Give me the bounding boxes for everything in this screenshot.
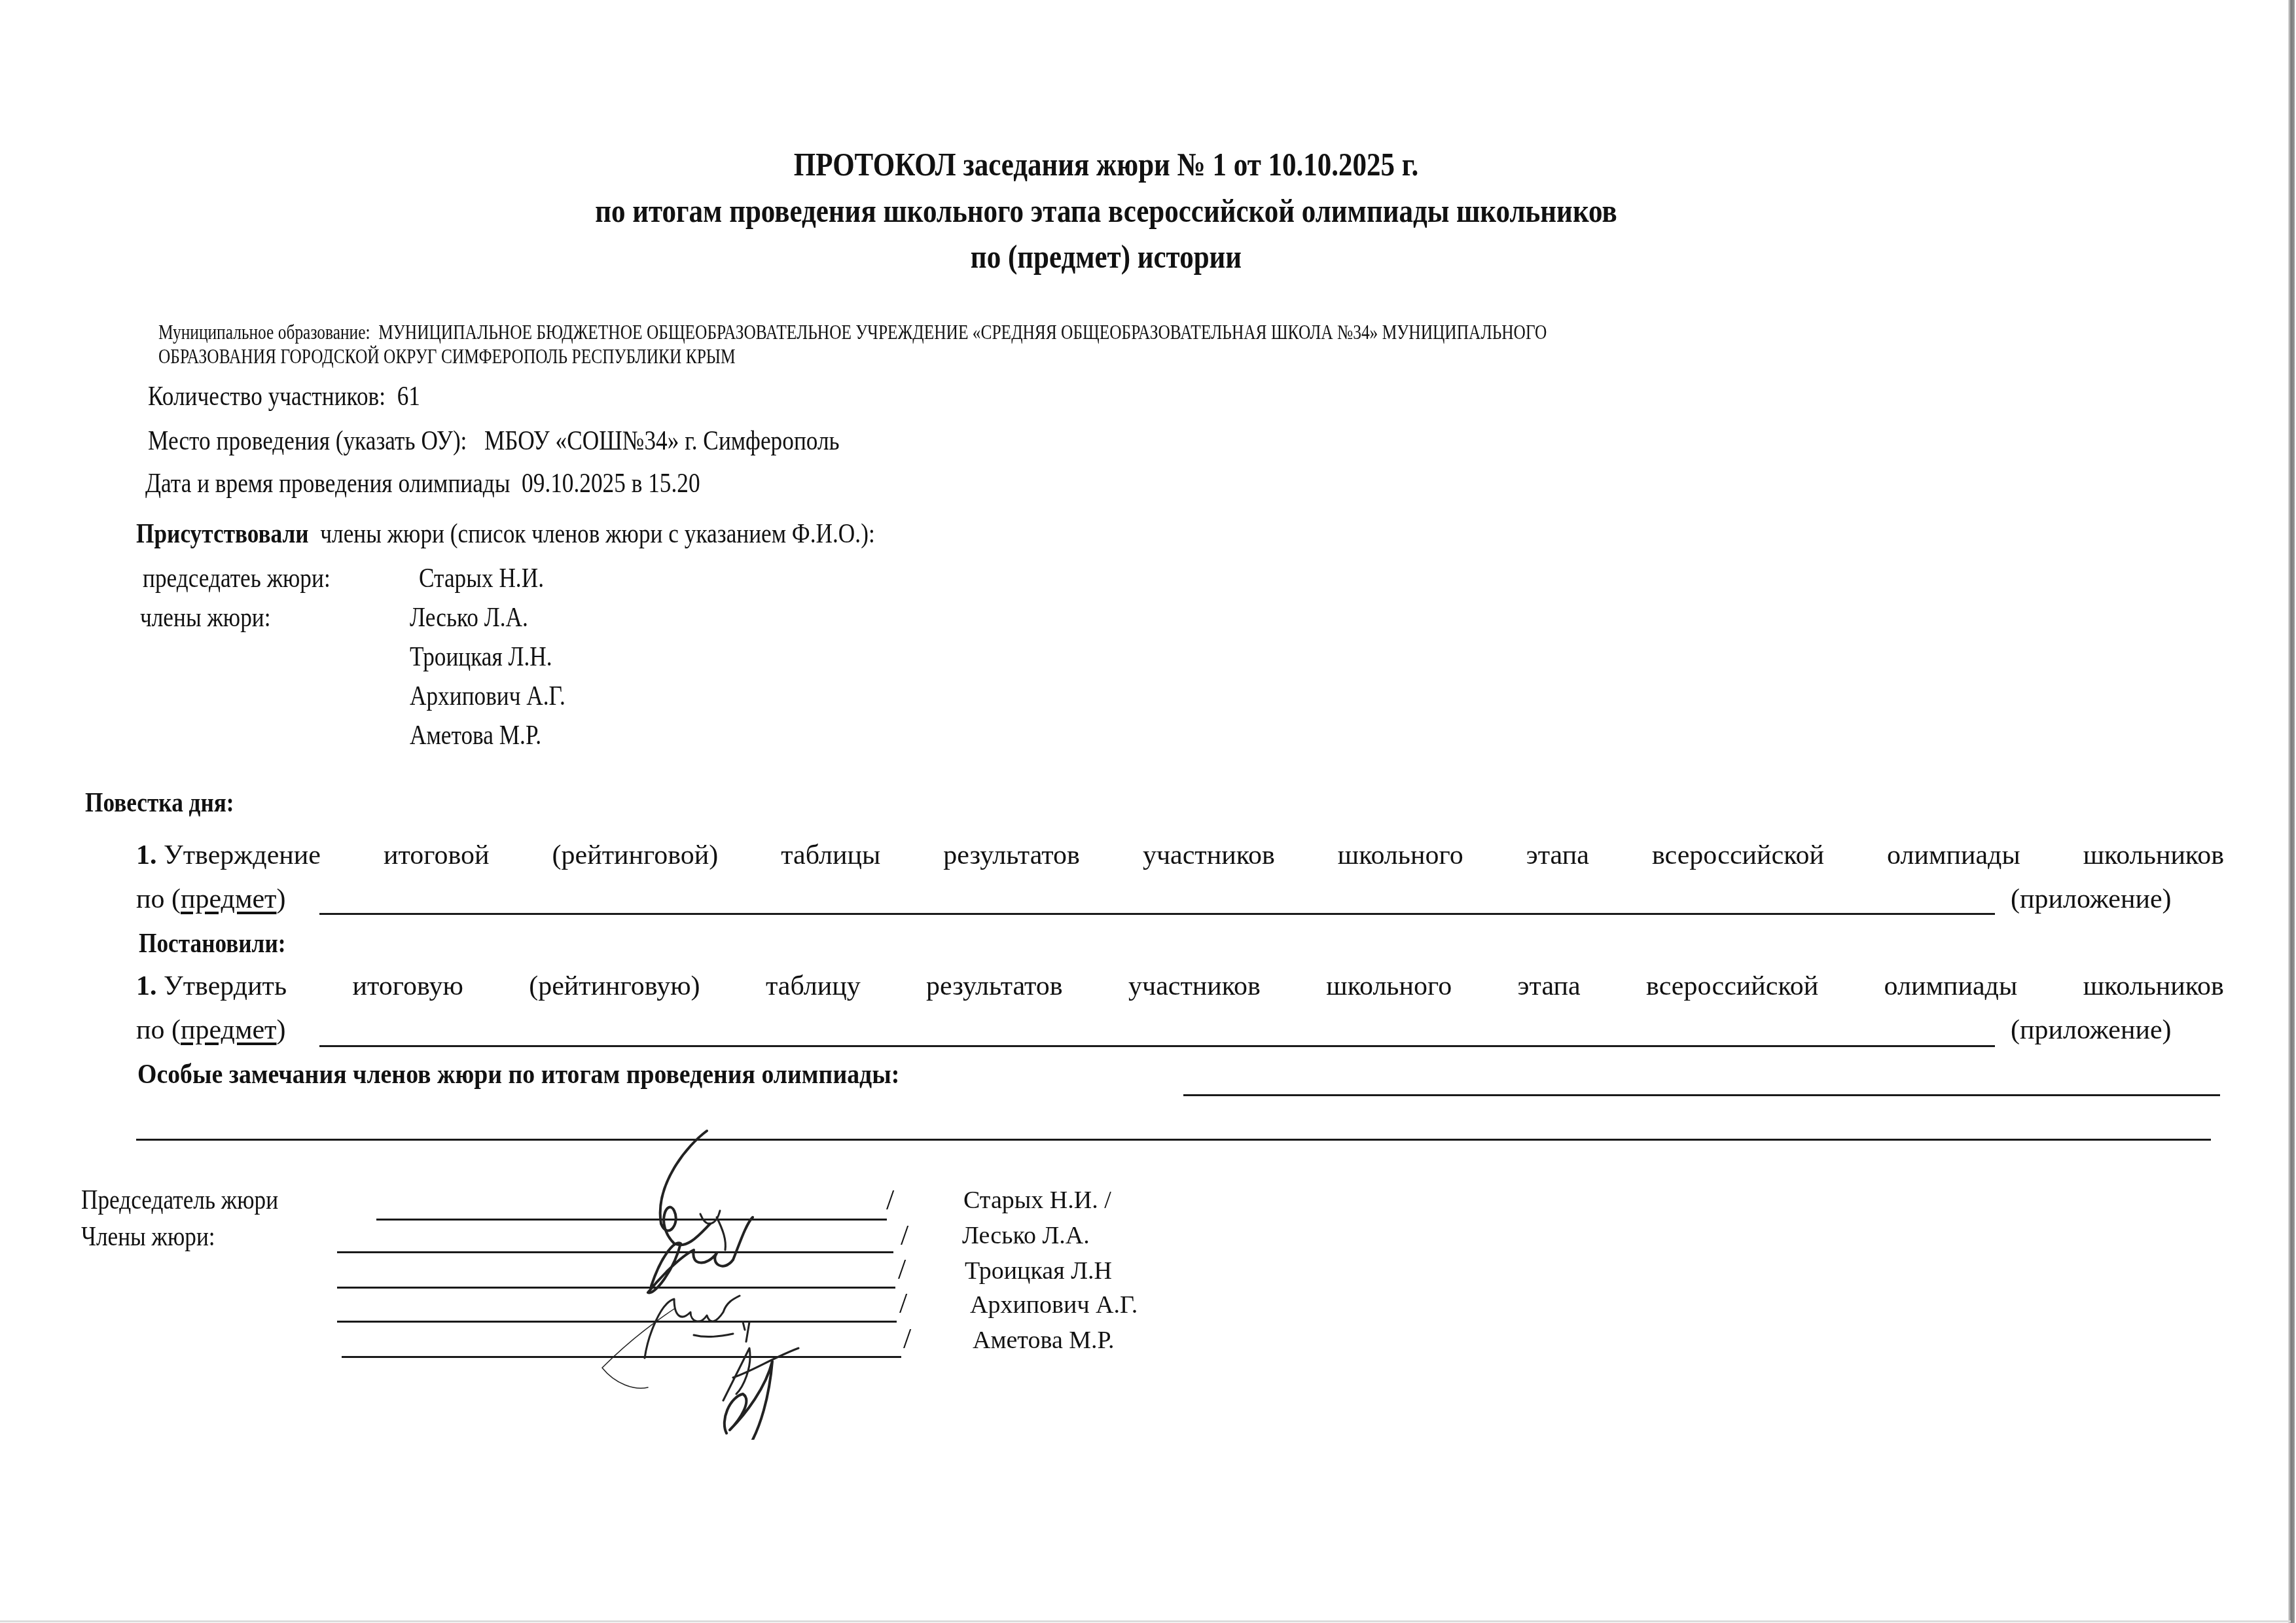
datetime-value: 09.10.2025 в 15.20 — [522, 469, 700, 499]
signature-name: Лесько Л.А. — [962, 1221, 1090, 1250]
participants-row: Количество участников: 61 — [148, 381, 420, 412]
participants-count: 61 — [397, 382, 420, 412]
agenda-heading: Повестка дня: — [85, 787, 234, 819]
signature-name: Архипович А.Г. — [970, 1291, 1138, 1319]
member-name: Лесько Л.А. — [410, 602, 528, 633]
decision-item-text: 1. Утвердить — [136, 971, 287, 1002]
chair-label: председатеь жюри: — [143, 563, 331, 594]
protocol-subtitle: по итогам проведения школьного этапа все… — [155, 192, 2058, 230]
chair-name: Старых Н.И. — [419, 563, 544, 594]
decision-appendix: (приложение) — [2011, 1014, 2172, 1046]
signature-name: Аметова М.Р. — [973, 1326, 1114, 1355]
datetime-row: Дата и время проведения олимпиады 09.10.… — [145, 468, 700, 499]
remarks-heading: Особые замечания членов жюри по итогам п… — [137, 1059, 899, 1090]
remarks-blank-1[interactable] — [1183, 1094, 2220, 1096]
signature-chair-label: Председатель жюри — [81, 1185, 278, 1216]
venue-value: МБОУ «СОШ№34» г. Симферополь — [484, 426, 840, 456]
decision-subject-blank[interactable] — [319, 1045, 1995, 1047]
participants-label: Количество участников: — [148, 382, 386, 412]
municipality-label: Муниципальное образование: — [158, 321, 370, 344]
municipality-line-1: Муниципальное образование: МУНИЦИПАЛЬНОЕ… — [158, 321, 1547, 344]
remarks-blank-2[interactable] — [136, 1139, 2211, 1141]
scan-edge-right — [2288, 0, 2295, 1623]
attendance-heading-text: члены жюри (список членов жюри с указани… — [320, 519, 874, 549]
agenda-item-text: 1. Утверждение — [136, 840, 321, 871]
agenda-subject-blank[interactable] — [319, 913, 1995, 915]
signature-name: Троицкая Л.Н — [965, 1257, 1112, 1285]
signature-members-label: Члены жюри: — [81, 1221, 215, 1253]
attendance-heading-bold: Присутствовали — [136, 519, 309, 549]
venue-row: Место проведения (указать ОУ): МБОУ «СОШ… — [148, 425, 840, 457]
agenda-appendix: (приложение) — [2011, 883, 2172, 915]
decision-item-1: 1. Утвердить итоговую (рейтинговую) табл… — [136, 971, 2224, 1002]
municipality-value: МУНИЦИПАЛЬНОЕ БЮДЖЕТНОЕ ОБЩЕОБРАЗОВАТЕЛЬ… — [378, 321, 1547, 344]
agenda-item-1: 1. Утверждение итоговой (рейтинговой) та… — [136, 840, 2224, 871]
member-name: Троицкая Л.Н. — [410, 641, 552, 673]
member-name: Архипович А.Г. — [410, 681, 565, 712]
protocol-subject: по (предмет) истории — [155, 238, 2058, 276]
member-name: Аметова М.Р. — [410, 720, 541, 751]
agenda-subject: по (предмет) — [136, 883, 285, 915]
scan-edge-bottom — [0, 1620, 2291, 1622]
handwritten-signatures-icon — [576, 1126, 916, 1440]
decision-subject: по (предмет) — [136, 1014, 285, 1046]
municipality-line-2: ОБРАЗОВАНИЯ ГОРОДСКОЙ ОКРУГ СИМФЕРОПОЛЬ … — [158, 345, 736, 368]
signature-name: Старых Н.И. / — [963, 1186, 1111, 1215]
datetime-label: Дата и время проведения олимпиады — [145, 469, 510, 499]
venue-label: Место проведения (указать ОУ): — [148, 426, 467, 456]
attendance-heading: Присутствовали члены жюри (список членов… — [136, 518, 875, 550]
members-label: члены жюри: — [140, 602, 270, 633]
decision-heading: Постановили: — [139, 928, 285, 959]
protocol-title: ПРОТОКОЛ заседания жюри № 1 от 10.10.202… — [155, 145, 2058, 183]
